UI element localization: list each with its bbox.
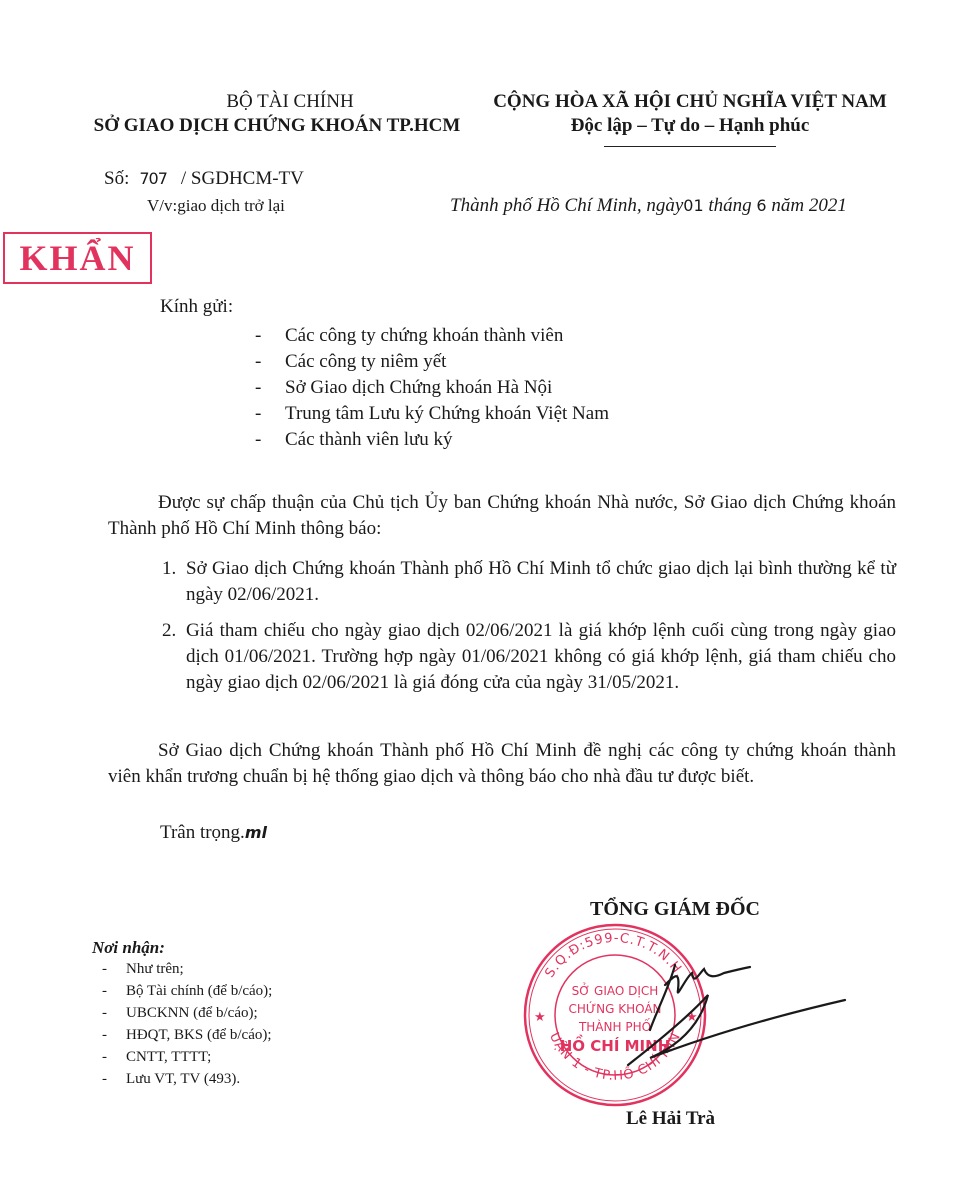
- month-label: tháng: [704, 195, 757, 216]
- distribution-item: -Bộ Tài chính (để b/cáo);: [102, 980, 272, 1002]
- handwritten-number: 707: [139, 169, 167, 188]
- recipient-item: -Các thành viên lưu ký: [255, 427, 609, 453]
- distribution-title: Nơi nhận:: [92, 938, 272, 958]
- document-number: Số:707/ SGDHCM-TV: [104, 168, 304, 190]
- recipient-item: -Sở Giao dịch Chứng khoán Hà Nội: [255, 375, 609, 401]
- national-motto: Độc lập – Tự do – Hạnh phúc: [440, 114, 940, 138]
- distribution-item: -Lưu VT, TV (493).: [102, 1068, 272, 1090]
- urgent-stamp: KHẨN: [3, 232, 152, 284]
- notice-item: 2. Giá tham chiếu cho ngày giao dịch 02/…: [162, 618, 896, 696]
- year-label: năm 2021: [767, 195, 847, 216]
- recipient-item: -Các công ty chứng khoán thành viên: [255, 323, 609, 349]
- country-name: CỘNG HÒA XÃ HỘI CHỦ NGHĨA VIỆT NAM: [440, 90, 940, 114]
- distribution-list: Nơi nhận: -Như trên; -Bộ Tài chính (để b…: [92, 938, 272, 1090]
- issuer-header: BỘ TÀI CHÍNH SỞ GIAO DỊCH CHỨNG KHOÁN TP…: [100, 90, 480, 138]
- organization-name: SỞ GIAO DỊCH CHỨNG KHOÁN TP.HCM: [74, 114, 480, 138]
- distribution-item: -UBCKNN (để b/cáo);: [102, 1002, 272, 1024]
- number-label: Số:: [104, 168, 129, 189]
- initials-mark: ml: [245, 823, 267, 842]
- date-month: 6: [756, 196, 766, 215]
- recipient-item: -Các công ty niêm yết: [255, 349, 609, 375]
- number-suffix: / SGDHCM-TV: [181, 168, 304, 189]
- signatory-title: TỔNG GIÁM ĐỐC: [590, 898, 760, 921]
- recipient-item: -Trung tâm Lưu ký Chứng khoán Việt Nam: [255, 401, 609, 427]
- signature-icon: [620, 955, 850, 1075]
- date-day: 01: [683, 196, 703, 215]
- distribution-item: -CNTT, TTTT;: [102, 1046, 272, 1068]
- salutation: Kính gửi:: [160, 296, 233, 318]
- request-paragraph: Sở Giao dịch Chứng khoán Thành phố Hồ Ch…: [108, 738, 896, 790]
- document-subject: V/v:giao dịch trở lại: [147, 196, 285, 216]
- distribution-item: -HĐQT, BKS (để b/cáo);: [102, 1024, 272, 1046]
- ministry-name: BỘ TÀI CHÍNH: [100, 90, 480, 114]
- recipient-list: -Các công ty chứng khoán thành viên -Các…: [255, 323, 609, 453]
- signatory-name: Lê Hải Trà: [626, 1108, 715, 1130]
- svg-text:★: ★: [534, 1009, 546, 1024]
- intro-paragraph: Được sự chấp thuận của Chủ tịch Ủy ban C…: [108, 490, 896, 542]
- date-prefix: Thành phố Hồ Chí Minh, ngày: [450, 195, 683, 216]
- distribution-item: -Như trên;: [102, 958, 272, 980]
- national-header: CỘNG HÒA XÃ HỘI CHỦ NGHĨA VIỆT NAM Độc l…: [440, 90, 940, 147]
- notice-item: 1. Sở Giao dịch Chứng khoán Thành phố Hồ…: [162, 556, 896, 608]
- notice-items: 1. Sở Giao dịch Chứng khoán Thành phố Hồ…: [162, 556, 896, 706]
- document-date: Thành phố Hồ Chí Minh, ngày01 tháng 6 nă…: [450, 195, 847, 217]
- motto-underline: [604, 146, 776, 147]
- closing: Trân trọng.ml: [160, 822, 267, 844]
